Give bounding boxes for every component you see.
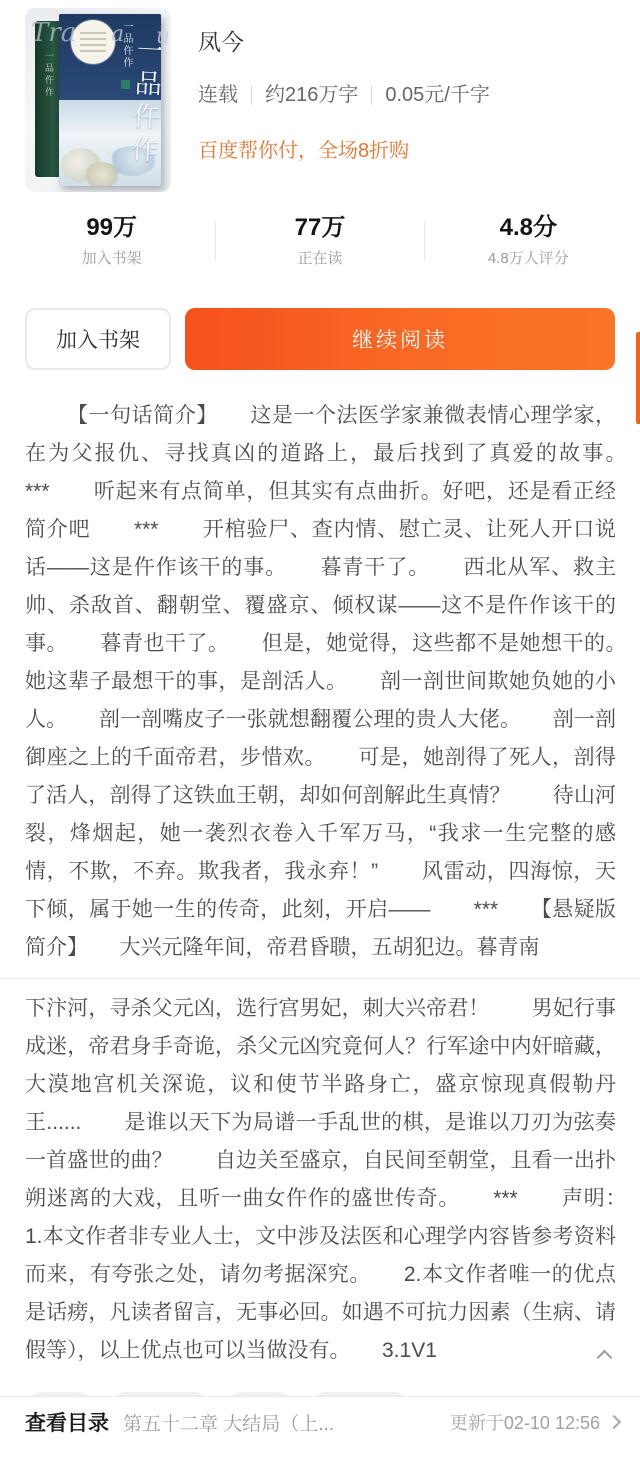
book-detail-page: Tra a u 一品仵作 一品仵作 一品仵作	[0, 0, 640, 1459]
stat-label: 4.8万人评分	[425, 250, 632, 268]
serial-status: 连载	[198, 82, 238, 108]
book-cover[interactable]: Tra a u 一品仵作 一品仵作 一品仵作	[25, 8, 171, 192]
stat-label: 加入书架	[8, 250, 215, 268]
price-per-thousand: 0.05元/千字	[385, 82, 489, 108]
book-header: Tra a u 一品仵作 一品仵作 一品仵作	[0, 0, 640, 192]
section-divider	[0, 978, 640, 979]
updated-time: 更新于02-10 12:56	[450, 1409, 600, 1435]
book-info: 凤今 连载 约216万字 0.05元/千字 百度帮你付，全场8折购	[171, 8, 490, 192]
cover-spine-title: 一品仵作	[43, 51, 56, 99]
description-continued: 下汴河，寻杀父元凶，选行宫男妃，刺大兴帝君！ 男妃行事成迷，帝君身手奇诡，杀父元…	[25, 990, 616, 1370]
stat-bookshelf: 99万 加入书架	[8, 214, 215, 268]
moon-badge-text-lines	[80, 32, 106, 54]
meta-separator	[371, 86, 372, 105]
stat-rating: 4.8分 4.8万人评分	[425, 214, 632, 268]
book-meta: 连载 约216万字 0.05元/千字	[198, 82, 490, 108]
add-to-shelf-button[interactable]: 加入书架	[25, 308, 171, 370]
word-count: 约216万字	[265, 82, 358, 108]
author-name: 凤今	[198, 28, 490, 56]
book-description: 【一句话简介】 这是一个法医学家兼微表情心理学家，在为父报仇、寻找真凶的道路上，…	[0, 397, 640, 1370]
stat-value: 77万	[216, 214, 423, 242]
cover-script-text: a	[111, 22, 124, 47]
stat-value: 4.8分	[425, 214, 632, 242]
cover-calligraphy-title: 一品仵作	[126, 35, 161, 168]
stat-label: 正在读	[216, 250, 423, 268]
cover-script-text: u	[156, 24, 170, 49]
action-buttons: 加入书架 继续阅读	[0, 308, 640, 370]
cover-seal	[121, 80, 130, 89]
stat-reading: 77万 正在读	[216, 214, 423, 268]
continue-reading-button[interactable]: 继续阅读	[185, 308, 615, 370]
meta-separator	[251, 86, 252, 105]
moon-badge	[71, 20, 115, 64]
chevron-right-icon[interactable]	[608, 1416, 620, 1428]
stats-row: 99万 加入书架 77万 正在读 4.8分 4.8万人评分	[0, 214, 640, 268]
catalog-bar[interactable]: 查看目录 第五十二章 大结局（上... 更新于02-10 12:56	[0, 1397, 640, 1459]
chevron-up-icon[interactable]	[598, 1348, 612, 1362]
catalog-section: 查看目录 第五十二章 大结局（上... 更新于02-10 12:56	[0, 1396, 640, 1459]
description-text: 【一句话简介】 这是一个法医学家兼微表情心理学家，在为父报仇、寻找真凶的道路上，…	[25, 397, 616, 967]
latest-chapter[interactable]: 第五十二章 大结局（上...	[123, 1409, 450, 1436]
catalog-title[interactable]: 查看目录	[25, 1407, 109, 1437]
scrollbar-thumb[interactable]	[636, 332, 640, 424]
cover-script-text: Tra	[31, 18, 76, 48]
stat-value: 99万	[8, 214, 215, 242]
description-text: 下汴河，寻杀父元凶，选行宫男妃，刺大兴帝君！ 男妃行事成迷，帝君身手奇诡，杀父元…	[25, 990, 616, 1370]
promo-banner[interactable]: 百度帮你付，全场8折购	[198, 138, 490, 164]
